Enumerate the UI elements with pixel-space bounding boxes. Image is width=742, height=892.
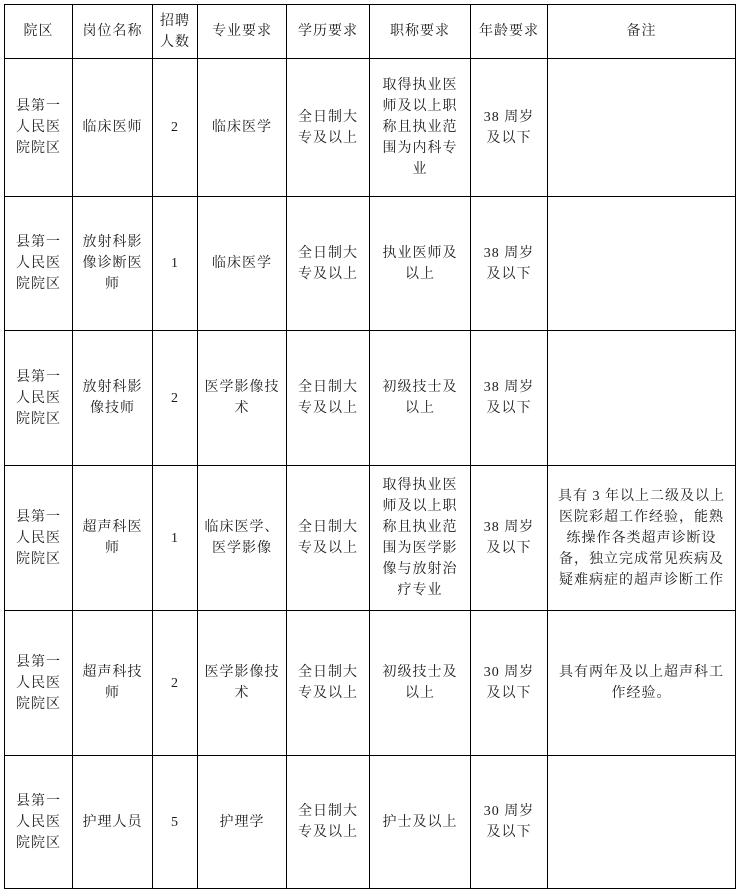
cell-campus: 县第一人民医院院区 [5,756,73,889]
header-row: 院区岗位名称招聘人数专业要求学历要求职称要求年龄要求备注 [5,5,736,59]
cell-count: 2 [153,59,198,197]
cell-position: 护理人员 [73,756,153,889]
header-cell-campus: 院区 [5,5,73,59]
table-row: 县第一人民医院院区放射科影像诊断医师1临床医学全日制大专及以上执业医师及以上38… [5,197,736,331]
table-row: 县第一人民医院院区超声科医师1临床医学、医学影像全日制大专及以上取得执业医师及以… [5,466,736,611]
cell-count: 2 [153,331,198,466]
cell-major: 临床医学、医学影像 [198,466,287,611]
header-cell-remark: 备注 [548,5,736,59]
table-row: 县第一人民医院院区超声科技师2医学影像技术全日制大专及以上初级技士及以上30 周… [5,611,736,756]
cell-age: 30 周岁及以下 [471,756,548,889]
recruitment-table: 院区岗位名称招聘人数专业要求学历要求职称要求年龄要求备注 县第一人民医院院区临床… [4,4,736,889]
header-cell-age: 年龄要求 [471,5,548,59]
cell-title: 初级技士及以上 [370,331,471,466]
cell-age: 38 周岁及以下 [471,466,548,611]
cell-major: 医学影像技术 [198,331,287,466]
cell-title: 取得执业医师及以上职称且执业范围为医学影像与放射治疗专业 [370,466,471,611]
cell-position: 放射科影像技师 [73,331,153,466]
cell-count: 5 [153,756,198,889]
cell-edu: 全日制大专及以上 [287,756,370,889]
cell-count: 1 [153,197,198,331]
cell-campus: 县第一人民医院院区 [5,197,73,331]
cell-major: 临床医学 [198,197,287,331]
cell-edu: 全日制大专及以上 [287,331,370,466]
cell-major: 护理学 [198,756,287,889]
cell-major: 医学影像技术 [198,611,287,756]
cell-campus: 县第一人民医院院区 [5,466,73,611]
cell-edu: 全日制大专及以上 [287,59,370,197]
table-row: 县第一人民医院院区临床医师2临床医学全日制大专及以上取得执业医师及以上职称且执业… [5,59,736,197]
cell-age: 38 周岁及以下 [471,59,548,197]
cell-campus: 县第一人民医院院区 [5,59,73,197]
cell-age: 38 周岁及以下 [471,197,548,331]
header-cell-title: 职称要求 [370,5,471,59]
cell-remark [548,59,736,197]
cell-campus: 县第一人民医院院区 [5,611,73,756]
cell-count: 1 [153,466,198,611]
table-body: 县第一人民医院院区临床医师2临床医学全日制大专及以上取得执业医师及以上职称且执业… [5,59,736,889]
cell-edu: 全日制大专及以上 [287,197,370,331]
cell-remark: 具有两年及以上超声科工作经验。 [548,611,736,756]
cell-campus: 县第一人民医院院区 [5,331,73,466]
cell-edu: 全日制大专及以上 [287,466,370,611]
cell-remark [548,331,736,466]
table-row: 县第一人民医院院区护理人员5护理学全日制大专及以上护士及以上30 周岁及以下 [5,756,736,889]
cell-remark: 具有 3 年以上二级及以上医院彩超工作经验，能熟练操作各类超声诊断设备，独立完成… [548,466,736,611]
cell-position: 超声科技师 [73,611,153,756]
cell-title: 取得执业医师及以上职称且执业范围为内科专业 [370,59,471,197]
cell-remark [548,197,736,331]
cell-age: 30 周岁及以下 [471,611,548,756]
cell-count: 2 [153,611,198,756]
cell-major: 临床医学 [198,59,287,197]
document-page: 院区岗位名称招聘人数专业要求学历要求职称要求年龄要求备注 县第一人民医院院区临床… [0,0,742,892]
header-cell-position: 岗位名称 [73,5,153,59]
table-row: 县第一人民医院院区放射科影像技师2医学影像技术全日制大专及以上初级技士及以上38… [5,331,736,466]
cell-title: 初级技士及以上 [370,611,471,756]
header-cell-major: 专业要求 [198,5,287,59]
header-cell-edu: 学历要求 [287,5,370,59]
cell-position: 超声科医师 [73,466,153,611]
cell-title: 护士及以上 [370,756,471,889]
cell-age: 38 周岁及以下 [471,331,548,466]
cell-remark [548,756,736,889]
header-cell-count: 招聘人数 [153,5,198,59]
cell-position: 临床医师 [73,59,153,197]
cell-position: 放射科影像诊断医师 [73,197,153,331]
cell-title: 执业医师及以上 [370,197,471,331]
cell-edu: 全日制大专及以上 [287,611,370,756]
